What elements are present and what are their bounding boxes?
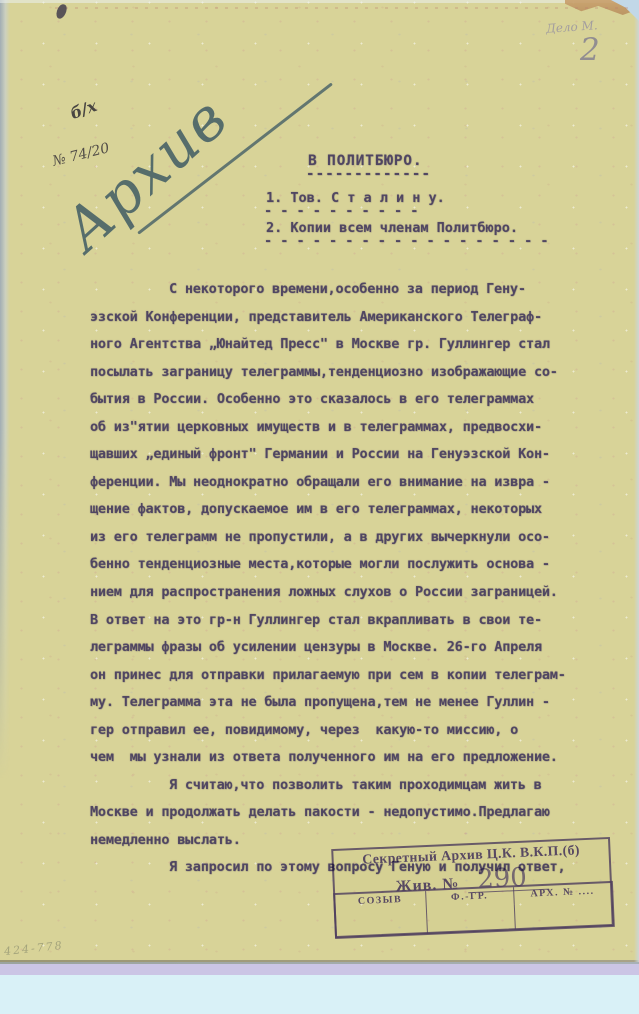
page-number: 2: [580, 32, 600, 68]
body-line: посылать заграницу телеграммы,тенденциоз…: [90, 359, 580, 387]
body-line: чем мы узнали из ответа полученного им н…: [90, 744, 580, 772]
body-line: ного Агентства „Юнайтед Пресс" в Москве …: [90, 331, 580, 359]
body-line: В ответ на это гр-н Гуллингер стал вкрап…: [90, 607, 580, 635]
body-line: он принес для отправки прилагаемую при с…: [90, 662, 580, 690]
addressee-stalin-underline: - - - - - - - - - -: [264, 203, 418, 219]
paper-edge-right: [634, 0, 639, 962]
scan-strip: [0, 964, 639, 975]
body-line: эзской Конференции, представитель Америк…: [90, 304, 580, 332]
addressee-politburo-underline: - - - - - - - - - - - - - - - - - -: [264, 233, 548, 249]
stamp-empty-cell: [515, 899, 613, 928]
body-line: му. Телеграмма эта не была пропущена,тем…: [90, 689, 580, 717]
paper-edge-left: [0, 0, 10, 780]
stamp-empty-cell: [335, 908, 427, 937]
doc-title-underline: -------------: [306, 166, 431, 182]
body-line: щение фактов, допускаемое им в его телег…: [90, 496, 580, 524]
body-line: леграммы фразы об усилении цензуры в Мос…: [90, 634, 580, 662]
body-line: бенно тенденциозные места,которые могли …: [90, 551, 580, 579]
body-line: об из"ятии церковных имуществ и в телегр…: [90, 414, 580, 442]
body-line: Я считаю,что позволить таким проходимцам…: [90, 772, 580, 800]
body-line: Москве и продолжать делать пакости - нед…: [90, 799, 580, 827]
scan-artifact-line: [55, 7, 635, 9]
body-line: бытия в России. Особенно это сказалось в…: [90, 386, 580, 414]
stamp-empty-cell: [426, 904, 515, 933]
body-line: нием для распространения ложных слухов о…: [90, 579, 580, 607]
body-line: гер отправил ее, повидимому, через какую…: [90, 717, 580, 745]
body-text: С некоторого времени,особенно за период …: [90, 276, 580, 882]
body-line: С некоторого времени,особенно за период …: [90, 276, 580, 304]
body-line: ференции. Мы неоднократно обращали его в…: [90, 469, 580, 497]
document-scan: { "page": { "page_number": "2", "corner_…: [0, 0, 639, 1014]
body-line: щавших „единый фронт" Германии и России …: [90, 441, 580, 469]
archive-stamp: Секретный Архив Ц.К. В.К.П.(б) Жив. № 29…: [331, 837, 614, 938]
body-line: из его телеграмм не пропустили, а в друг…: [90, 524, 580, 552]
paper-edge-top: [0, 0, 639, 3]
